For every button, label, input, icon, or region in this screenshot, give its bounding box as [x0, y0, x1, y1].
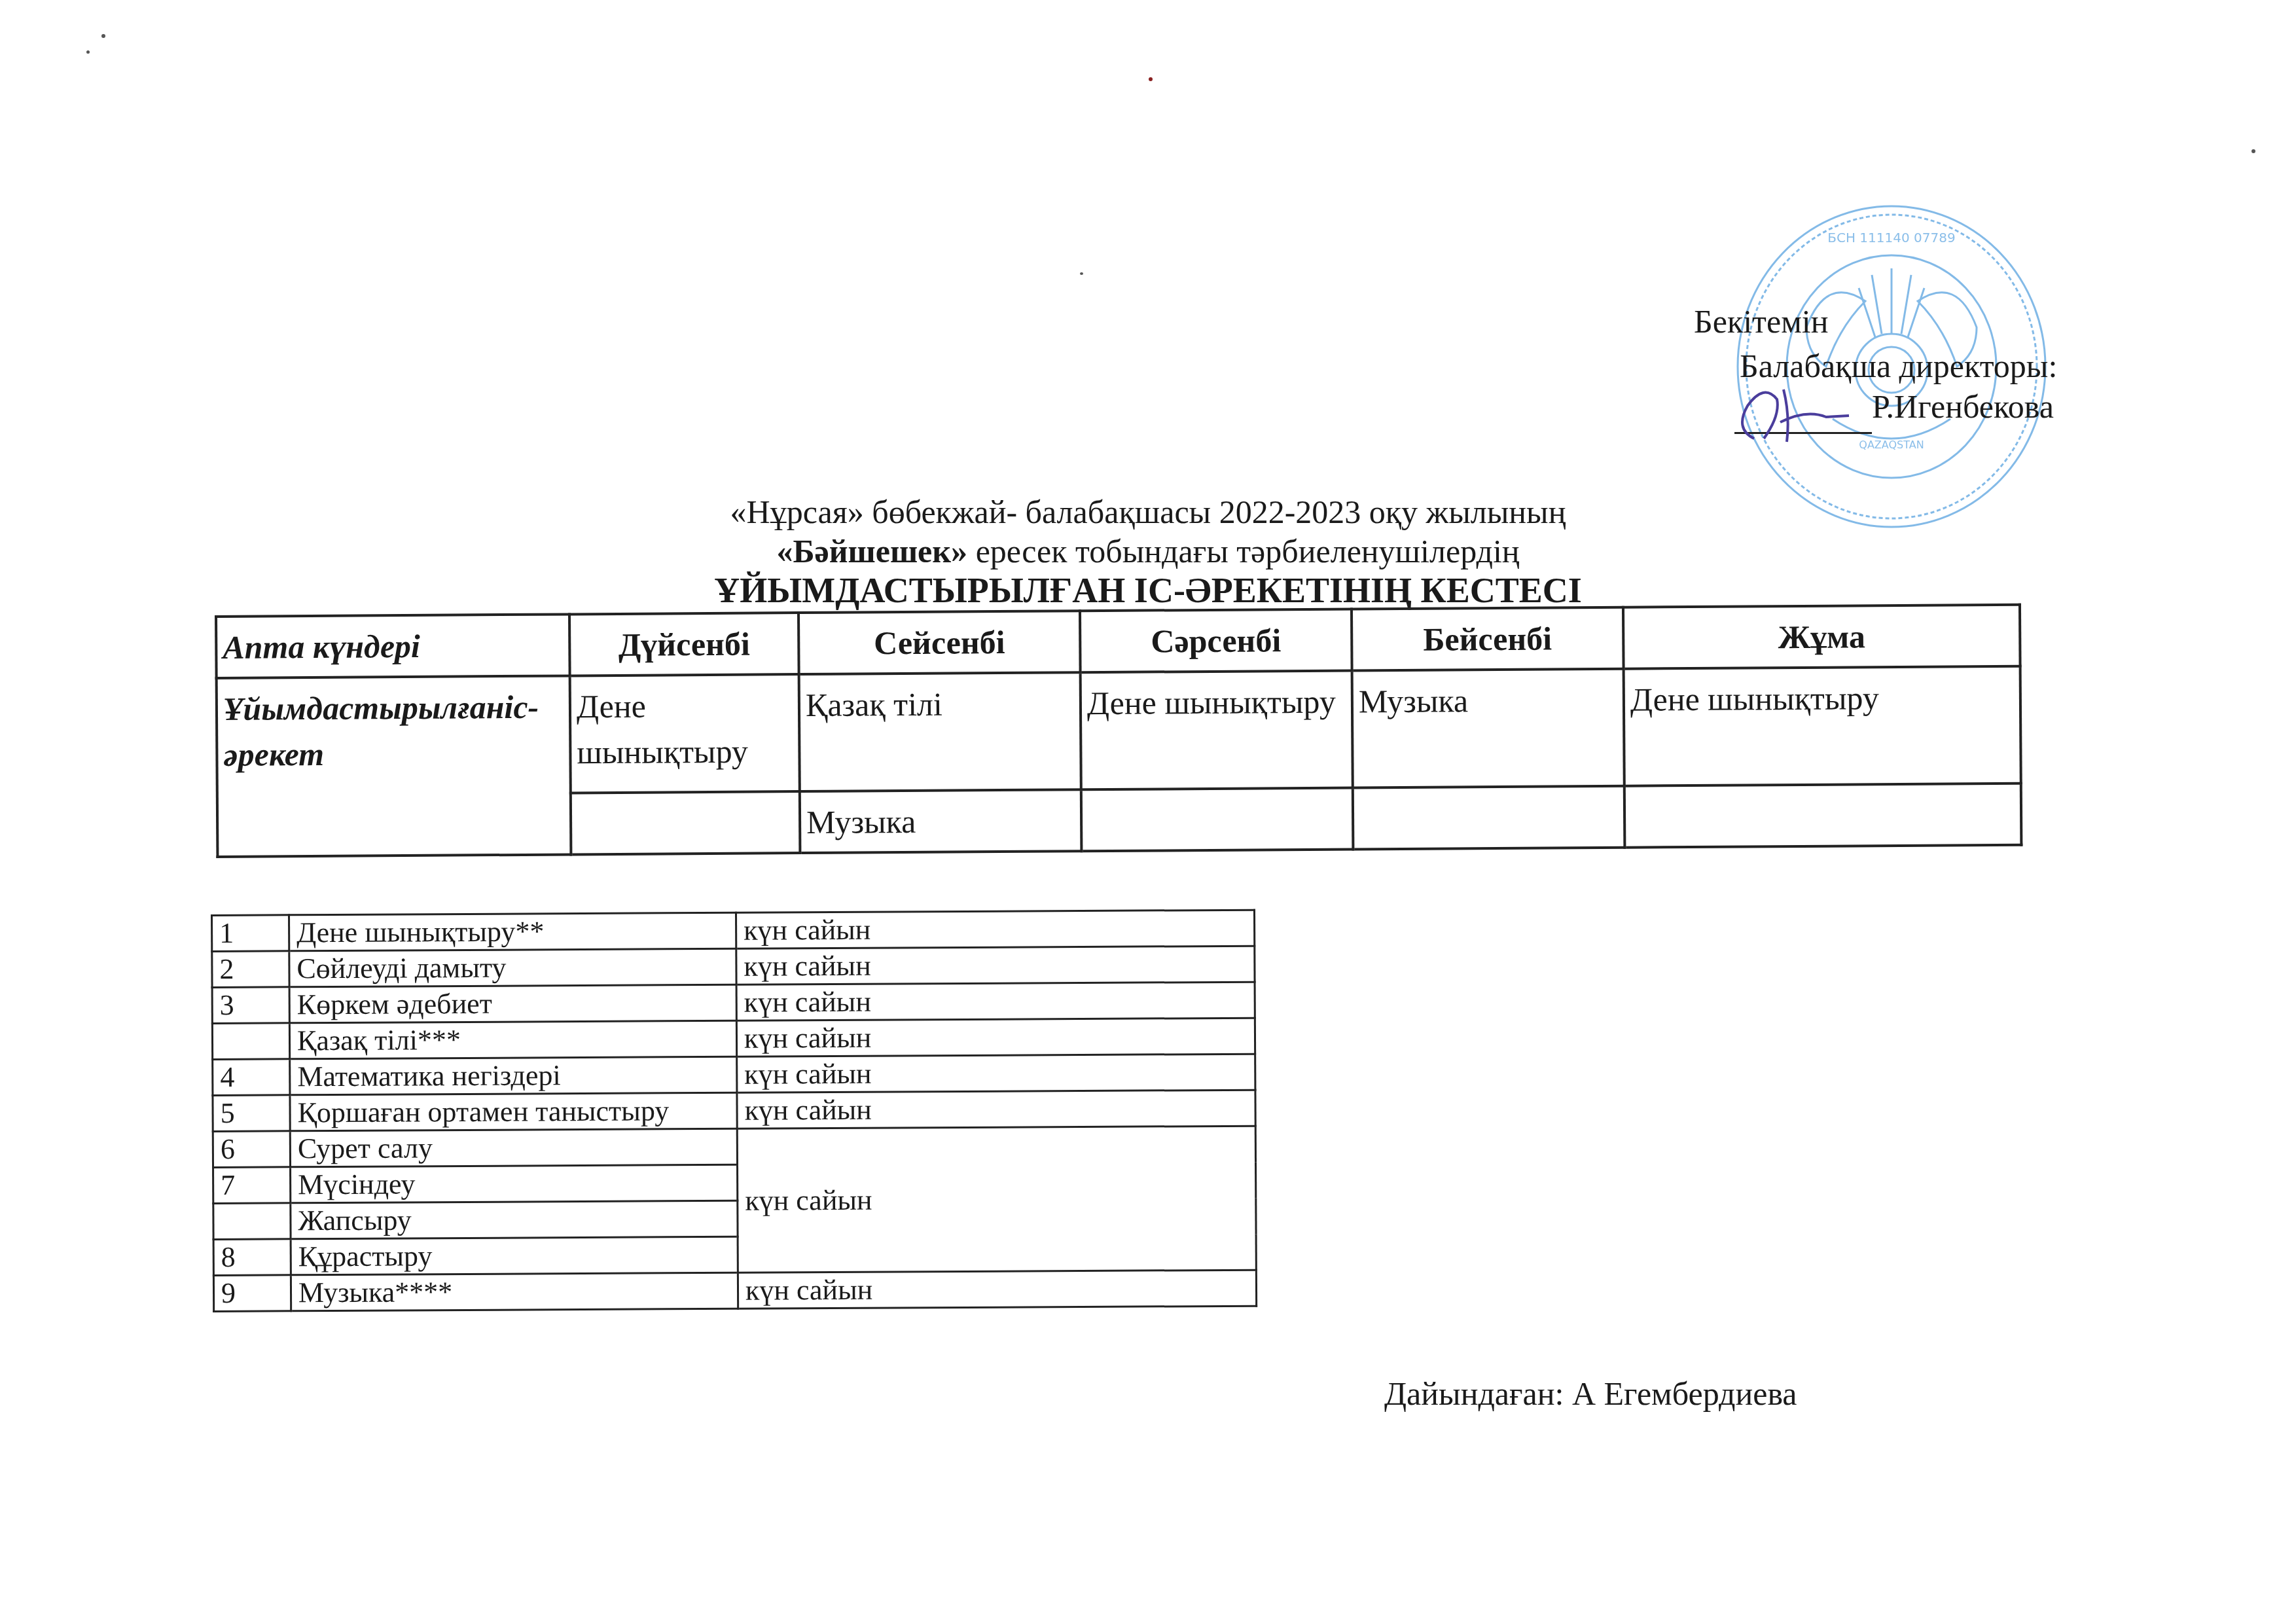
cell-wednesday-1: Дене шынықтыру [1081, 670, 1353, 789]
cell-tuesday-1: Қазақ тілі [799, 672, 1081, 791]
subject-frequency: күн сайын [736, 946, 1255, 984]
subject-name: Сөйлеуді дамыту [289, 948, 736, 987]
schedule-header-row: Апта күндері Дүйсенбі Сейсенбі Сәрсенбі … [216, 605, 2020, 678]
signature-icon [1728, 376, 1885, 448]
subject-name: Математика негіздері [290, 1056, 737, 1095]
row-number: 6 [213, 1131, 290, 1168]
table-row: 6 Сурет салу күн сайын [213, 1126, 1255, 1167]
scan-speck [2251, 149, 2255, 153]
subject-frequency: күн сайын [737, 1054, 1255, 1092]
row-number [212, 1023, 289, 1060]
scan-speck [1149, 77, 1153, 81]
weekly-schedule-table: Апта күндері Дүйсенбі Сейсенбі Сәрсенбі … [215, 604, 2022, 858]
subject-frequency: күн сайын [736, 1018, 1255, 1056]
header-tuesday: Сейсенбі [798, 611, 1081, 674]
subject-name: Қазақ тілі*** [289, 1020, 736, 1059]
scan-speck [1080, 272, 1083, 275]
scan-speck [86, 50, 90, 54]
header-monday: Дүйсенбі [569, 613, 799, 676]
subject-frequency: күн сайын [737, 1090, 1255, 1128]
row-number: 9 [213, 1275, 291, 1312]
row-number: 8 [213, 1239, 291, 1276]
subject-name: Қоршаған ортамен таныстыру [290, 1092, 737, 1131]
subject-name: Жапсыру [291, 1200, 738, 1239]
cell-friday-1: Дене шынықтыру [1624, 666, 2021, 786]
cell-tuesday-2: Музыка [800, 789, 1082, 853]
cell-monday-2 [571, 791, 800, 854]
cell-thursday-1: Музыка [1352, 669, 1624, 788]
cell-wednesday-2 [1081, 787, 1354, 851]
svg-text:БСН 111140 07789: БСН 111140 07789 [1827, 230, 1955, 245]
subjects-frequency-table: 1 Дене шынықтыру** күн сайын 2 Сөйлеуді … [211, 909, 1257, 1312]
schedule-row: Ұйымдастырылғаніс-әрекет Дене шынықтыру … [217, 666, 2021, 795]
cell-monday-1: Дене шынықтыру [570, 674, 800, 793]
table-row: 5 Қоршаған ортамен таныстыру күн сайын [213, 1090, 1255, 1131]
cell-thursday-2 [1353, 786, 1625, 850]
approval-label: Бекітемін [1694, 302, 1828, 340]
table-row: Қазақ тілі*** күн сайын [212, 1018, 1255, 1059]
table-row: 9 Музыка**** күн сайын [213, 1270, 1256, 1311]
cell-friday-2 [1624, 784, 2022, 848]
table-row: 1 Дене шынықтыру** күн сайын [212, 910, 1255, 951]
row-number: 1 [212, 915, 289, 952]
subject-frequency-merged: күн сайын [737, 1126, 1256, 1272]
subject-name: Музыка**** [291, 1272, 738, 1311]
header-friday: Жұма [1623, 605, 2020, 669]
scan-speck [101, 34, 105, 38]
group-name: «Бәйшешек» [776, 533, 967, 569]
header-weekdays: Апта күндері [216, 614, 570, 678]
subject-frequency: күн сайын [736, 910, 1254, 948]
row-number: 7 [213, 1167, 291, 1204]
row-label-organized-activity: Ұйымдастырылғаніс-әрекет [217, 676, 571, 857]
row-number: 4 [213, 1059, 290, 1096]
subject-name: Мүсіндеу [291, 1164, 738, 1203]
header-thursday: Бейсенбі [1352, 607, 1624, 671]
subject-frequency: күн сайын [736, 982, 1255, 1020]
row-number [213, 1203, 291, 1240]
prepared-by: Дайындаған: А Егембердиева [1384, 1375, 1797, 1413]
subject-name: Құрастыру [291, 1236, 738, 1275]
document-title-line2: «Бәйшешек» ересек тобындағы тәрбиеленуші… [0, 532, 2296, 571]
row-number: 2 [212, 951, 289, 988]
row-number: 3 [212, 987, 289, 1024]
table-row: 3 Көркем әдебиет күн сайын [212, 982, 1255, 1023]
subject-name: Сурет салу [290, 1128, 737, 1167]
group-description: ересек тобындағы тәрбиеленушілердің [967, 533, 1519, 569]
table-row: 4 Математика негіздері күн сайын [213, 1054, 1255, 1095]
director-name: Р.Игенбекова [1872, 388, 2054, 425]
subject-name: Көркем әдебиет [289, 984, 736, 1023]
document-title-line1: «Нұрсая» бөбекжай- балабақшасы 2022-2023… [0, 492, 2296, 532]
subject-frequency: күн сайын [738, 1270, 1256, 1308]
header-wednesday: Сәрсенбі [1080, 609, 1352, 672]
subject-name: Дене шынықтыру** [289, 912, 736, 951]
table-row: 2 Сөйлеуді дамыту күн сайын [212, 946, 1255, 987]
row-number: 5 [213, 1095, 290, 1132]
